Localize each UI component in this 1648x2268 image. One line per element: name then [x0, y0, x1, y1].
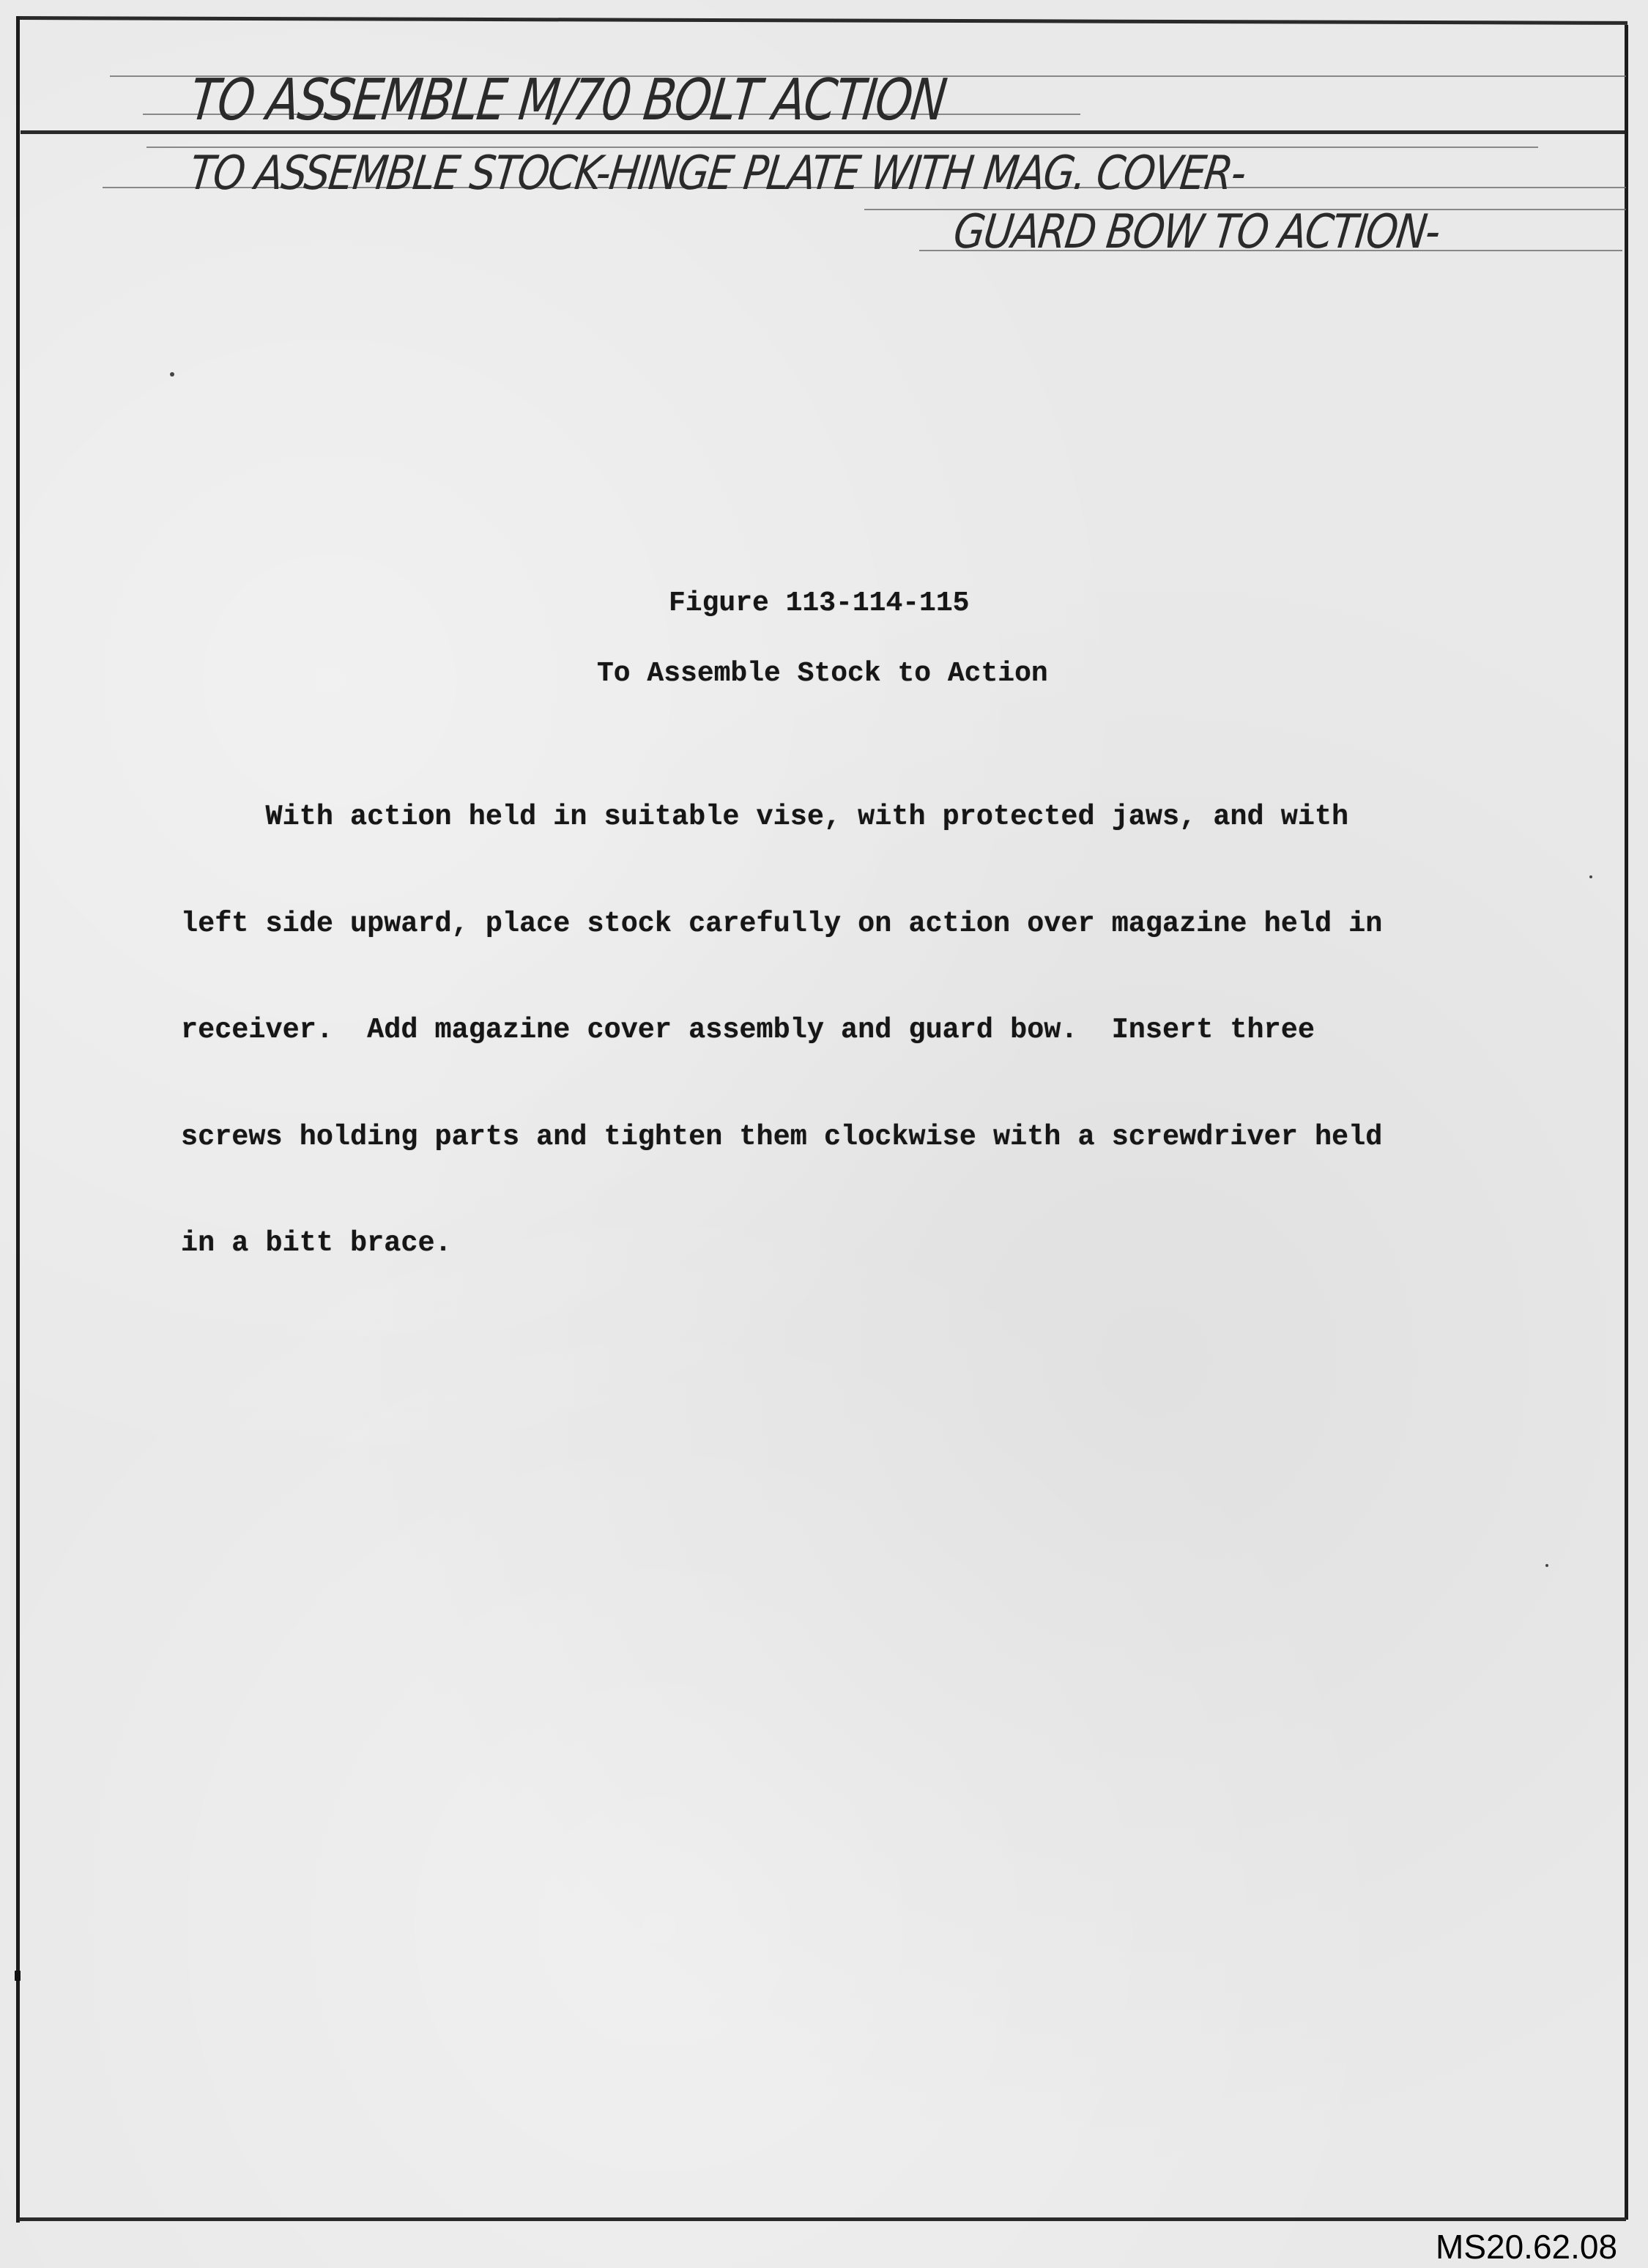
paper-speck: [1589, 875, 1592, 878]
frame-bottom-border: [19, 2217, 1626, 2221]
frame-top-border: [19, 16, 1627, 25]
body-line: in a bitt brace.: [181, 1226, 1382, 1261]
handwritten-subheading-continuation: GUARD BOW TO ACTION-: [951, 205, 1442, 259]
handwritten-subheading: TO ASSEMBLE STOCK-HINGE PLATE WITH MAG. …: [187, 147, 1248, 201]
paper-speck: [1545, 1564, 1548, 1567]
body-line: screws holding parts and tighten them cl…: [181, 1119, 1382, 1155]
body-line: With action held in suitable vise, with …: [181, 799, 1382, 835]
body-line: left side upward, place stock carefully …: [181, 906, 1382, 942]
catalog-number-label: MS20.62.08: [1436, 2227, 1617, 2267]
frame-right-border: [1625, 25, 1628, 2220]
frame-left-border: [16, 16, 20, 2223]
paper-mark: [15, 1971, 21, 1981]
body-line: receiver. Add magazine cover assembly an…: [181, 1012, 1382, 1048]
section-title: To Assemble Stock to Action: [597, 658, 1048, 689]
handwritten-main-heading: TO ASSEMBLE M/70 BOLT ACTION: [187, 67, 949, 133]
paper-speck: [170, 372, 174, 377]
figure-title: Figure 113-114-115: [669, 588, 969, 619]
body-paragraph: With action held in suitable vise, with …: [181, 728, 1382, 1297]
